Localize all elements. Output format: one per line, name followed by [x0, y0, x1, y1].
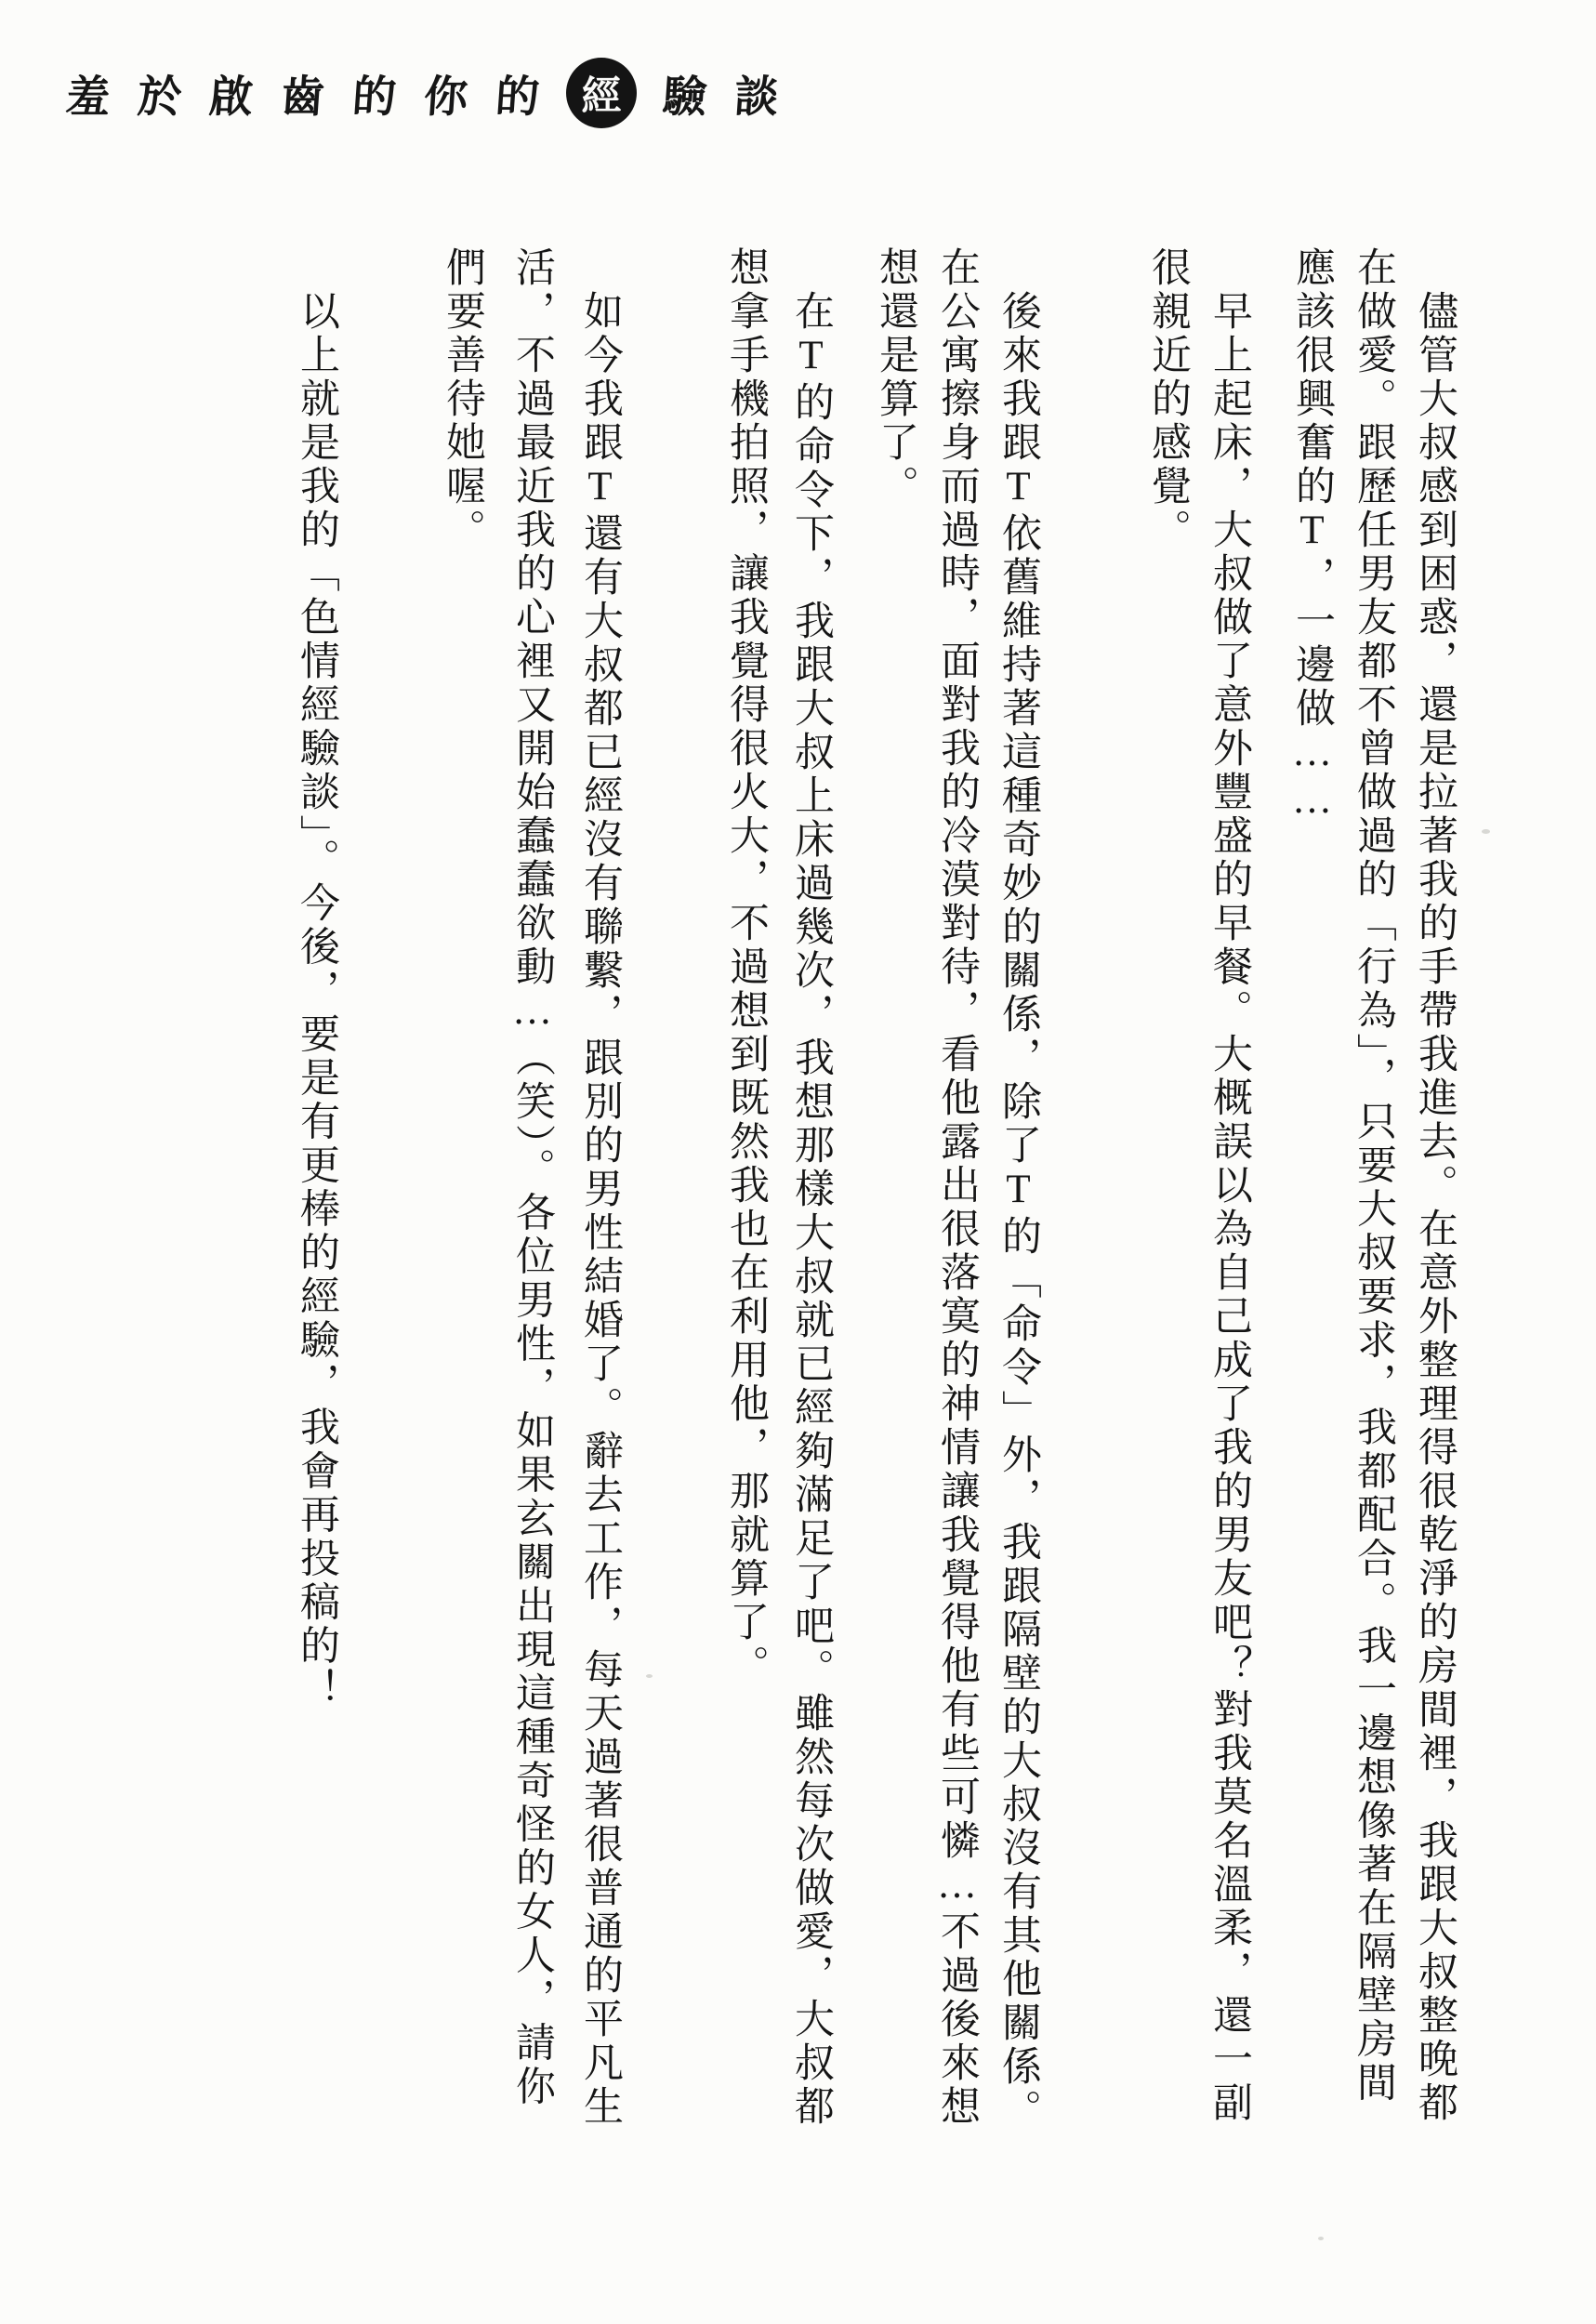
scan-speck — [646, 1674, 653, 1678]
text-column-p1-c1: 儘管大叔感到困惑，還是拉著我的手帶我進去。在意外整理得很乾淨的房間裡，我跟大叔整… — [1409, 290, 1459, 2125]
text-column-p1-c3: 應該很興奮的T，一邊做…… — [1286, 246, 1337, 825]
text-column-p3-c2: 在公寓擦身而過時，面對我的冷漠對待，看他露出很落寞的神情讓我覺得他有些可憐…不過… — [931, 246, 982, 2129]
text-column-p2-c2: 很親近的感覺。 — [1142, 246, 1193, 552]
text-column-p5-c2: 活，不過最近我的心裡又開始蠢蠢欲動…（笑）。各位男性，如果玄關出現這種奇怪的女人… — [507, 246, 557, 2109]
text-column-p2-c1: 早上起床，大叔做了意外豐盛的早餐。大概誤以為自己成了我的男友吧？對我莫名溫柔，還… — [1204, 290, 1254, 2125]
text-column-p6-c1: 以上就是我的「色情經驗談」。今後，要是有更棒的經驗，我會再投稿的！ — [291, 290, 341, 1712]
scan-speck — [1482, 829, 1490, 834]
text-column-p1-c2: 在做愛。跟歷任男友都不曾做過的「行為」，只要大叔要求，我都配合。我一邊想像著在隔… — [1348, 246, 1398, 2106]
text-column-p3-c1: 後來我跟T依舊維持著這種奇妙的關係，除了T的「命令」外，我跟隔壁的大叔沒有其他關… — [993, 290, 1043, 2133]
book-page: 羞於啟齒的你的經驗談 儘管大叔感到困惑，還是拉著我的手帶我進去。在意外整理得很乾… — [0, 0, 1596, 2324]
text-column-p4-c2: 想拿手機拍照，讓我覺得很火大，不過想到既然我也在利用他，那就算了。 — [720, 246, 771, 1688]
body-text: 儘管大叔感到困惑，還是拉著我的手帶我進去。在意外整理得很乾淨的房間裡，我跟大叔整… — [0, 0, 1596, 2324]
text-column-p3-c3: 想還是算了。 — [870, 246, 920, 508]
text-column-p4-c1: 在T的命令下，我跟大叔上床過幾次，我想那樣大叔就已經夠滿足了吧。雖然每次做愛，大… — [785, 290, 836, 2129]
text-column-p5-c3: 們要善待她喔。 — [437, 246, 487, 552]
scan-speck — [1318, 2237, 1324, 2240]
text-column-p5-c1: 如今我跟T還有大叔都已經沒有聯繫，跟別的男性結婚了。辭去工作，每天過著很普通的平… — [574, 290, 625, 2129]
